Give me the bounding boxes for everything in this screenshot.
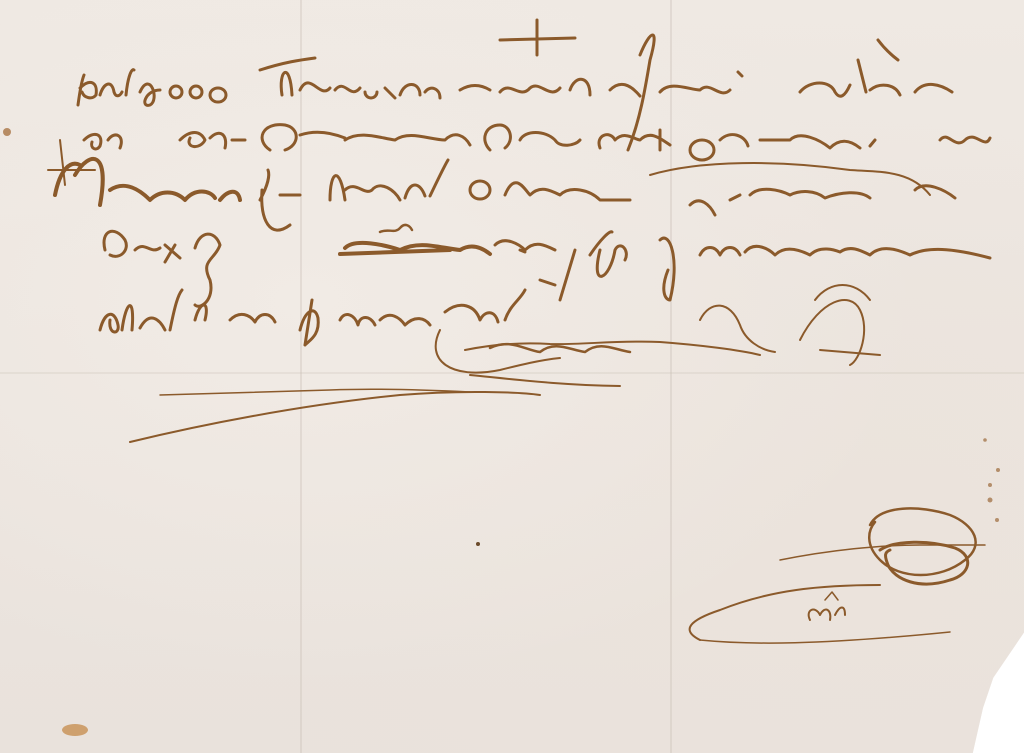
manuscript-page: palaçios suplico a vuestra merced le man… — [0, 0, 1024, 753]
handwriting-ink — [0, 0, 1024, 753]
